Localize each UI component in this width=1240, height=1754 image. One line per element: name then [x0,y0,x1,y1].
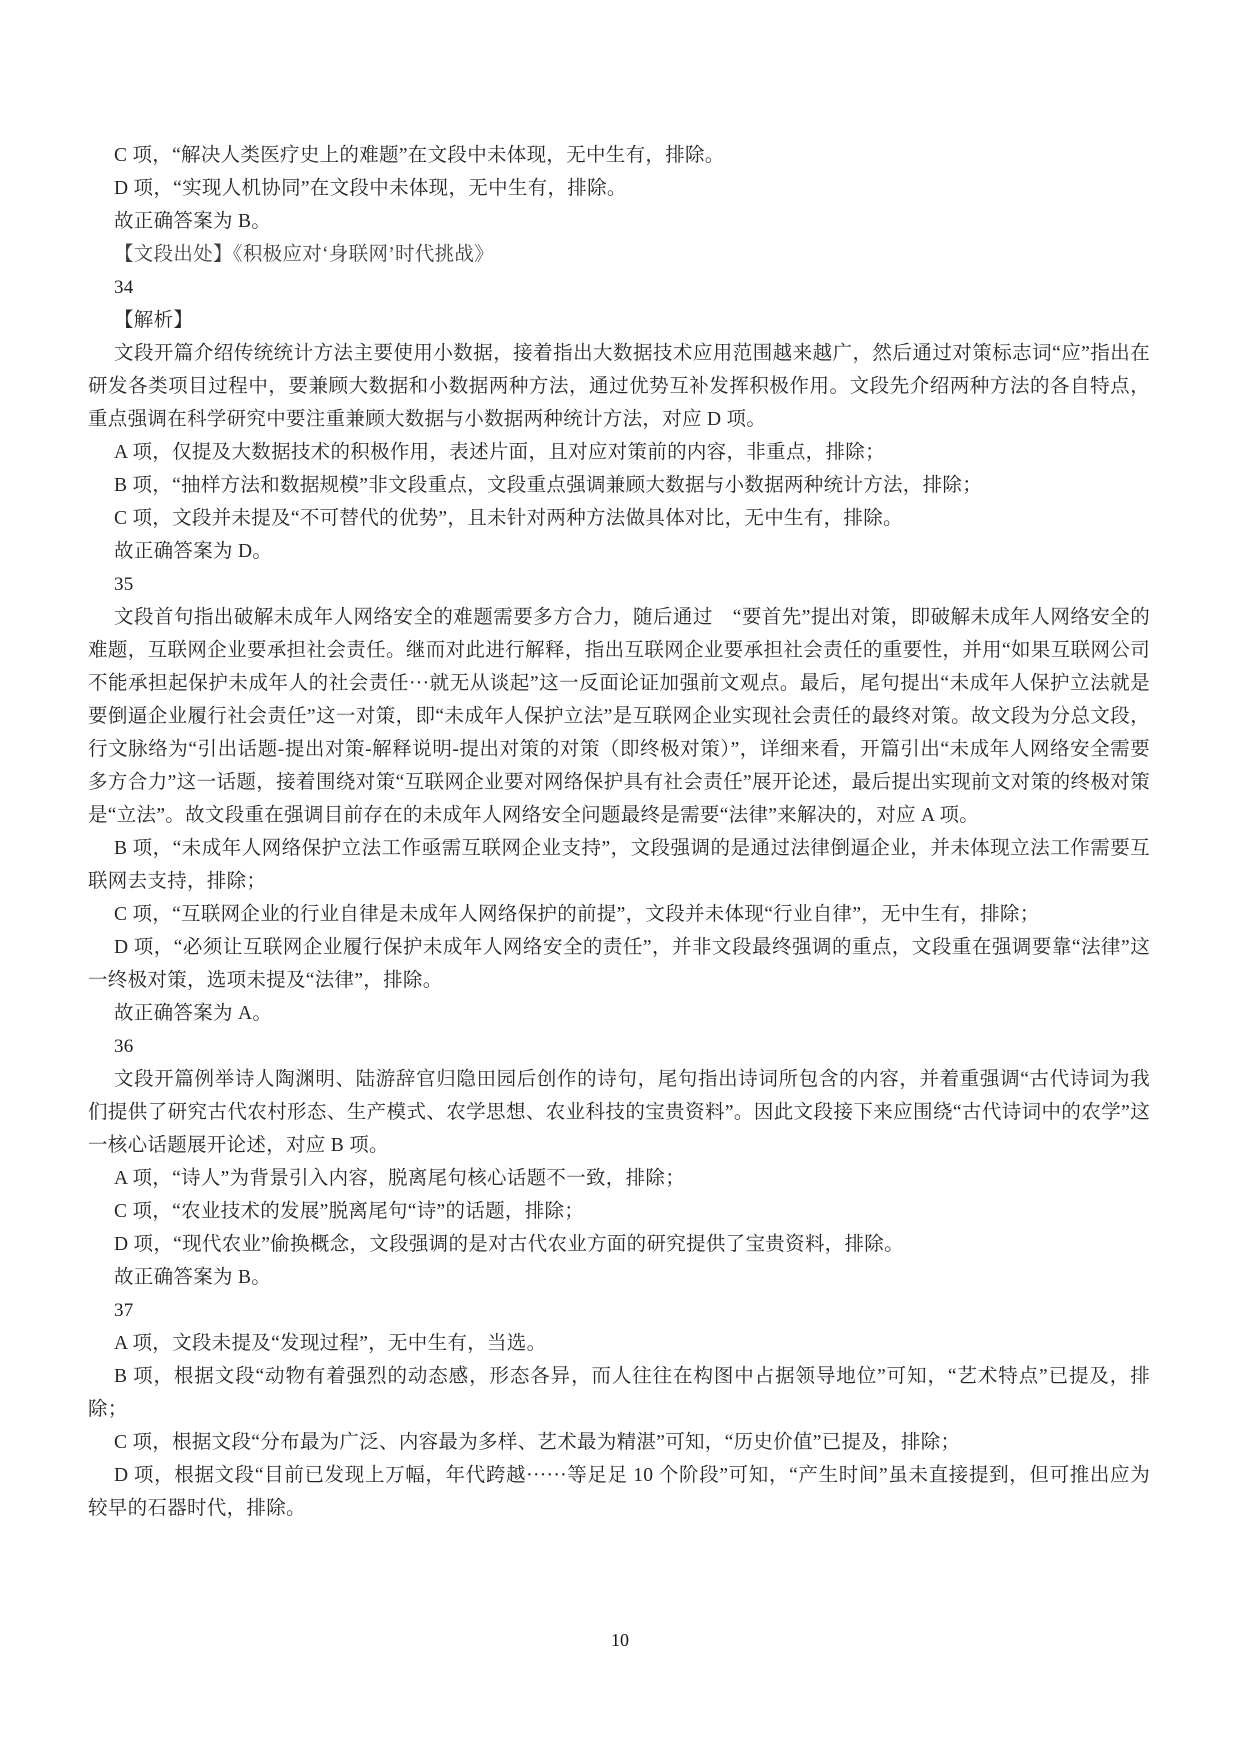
analysis-paragraph: 文段首句指出破解未成年人网络安全的难题需要多方合力，随后通过 “要首先”提出对策… [88,601,1150,832]
analysis-paragraph: 文段开篇例举诗人陶渊明、陆游辞官归隐田园后创作的诗句，尾句指出诗词所包含的内容，… [88,1063,1150,1162]
option-analysis-line: B 项，根据文段“动物有着强烈的动态感，形态各异，而人往往在构图中占据领导地位”… [88,1360,1150,1426]
question-number: 35 [88,568,1150,601]
answer-conclusion-line: 故正确答案为 B。 [88,1261,1150,1294]
option-analysis-line: D 项，“实现人机协同”在文段中未体现，无中生有，排除。 [88,172,1150,205]
option-analysis-line: D 项，“必须让互联网企业履行保护未成年人网络安全的责任”，并非文段最终强调的重… [88,931,1150,997]
option-analysis-line: D 项，根据文段“目前已发现上万幅，年代跨越······等足足 10 个阶段”可… [88,1459,1150,1525]
document-body: C 项，“解决人类医疗史上的难题”在文段中未体现，无中生有，排除。D 项，“实现… [88,139,1150,1525]
page-number: 10 [611,1630,629,1650]
option-analysis-line: D 项，“现代农业”偷换概念，文段强调的是对古代农业方面的研究提供了宝贵资料，排… [88,1228,1150,1261]
analysis-paragraph: 文段开篇介绍传统统计方法主要使用小数据，接着指出大数据技术应用范围越来越广，然后… [88,337,1150,436]
source-line: 【文段出处】《积极应对‘身联网’时代挑战》 [88,238,1150,271]
option-analysis-line: C 项，“解决人类医疗史上的难题”在文段中未体现，无中生有，排除。 [88,139,1150,172]
answer-conclusion-line: 故正确答案为 A。 [88,997,1150,1030]
answer-conclusion-line: 故正确答案为 B。 [88,205,1150,238]
option-analysis-line: A 项，文段未提及“发现过程”，无中生有，当选。 [88,1327,1150,1360]
analysis-heading: 【解析】 [88,304,1150,337]
option-analysis-line: C 项，根据文段“分布最为广泛、内容最为多样、艺术最为精湛”可知，“历史价值”已… [88,1426,1150,1459]
option-analysis-line: C 项，“农业技术的发展”脱离尾句“诗”的话题，排除； [88,1195,1150,1228]
document-page: C 项，“解决人类医疗史上的难题”在文段中未体现，无中生有，排除。D 项，“实现… [0,0,1240,1754]
question-number: 34 [88,271,1150,304]
option-analysis-line: A 项，“诗人”为背景引入内容，脱离尾句核心话题不一致，排除； [88,1162,1150,1195]
option-analysis-line: C 项，“互联网企业的行业自律是未成年人网络保护的前提”，文段并未体现“行业自律… [88,898,1150,931]
option-analysis-line: C 项，文段并未提及“不可替代的优势”，且未针对两种方法做具体对比，无中生有，排… [88,502,1150,535]
question-number: 37 [88,1294,1150,1327]
option-analysis-line: B 项，“抽样方法和数据规模”非文段重点，文段重点强调兼顾大数据与小数据两种统计… [88,469,1150,502]
question-number: 36 [88,1030,1150,1063]
option-analysis-line: A 项，仅提及大数据技术的积极作用，表述片面，且对应对策前的内容，非重点，排除； [88,436,1150,469]
option-analysis-line: B 项，“未成年人网络保护立法工作亟需互联网企业支持”，文段强调的是通过法律倒逼… [88,832,1150,898]
answer-conclusion-line: 故正确答案为 D。 [88,535,1150,568]
page-footer: 10 [0,1630,1240,1651]
